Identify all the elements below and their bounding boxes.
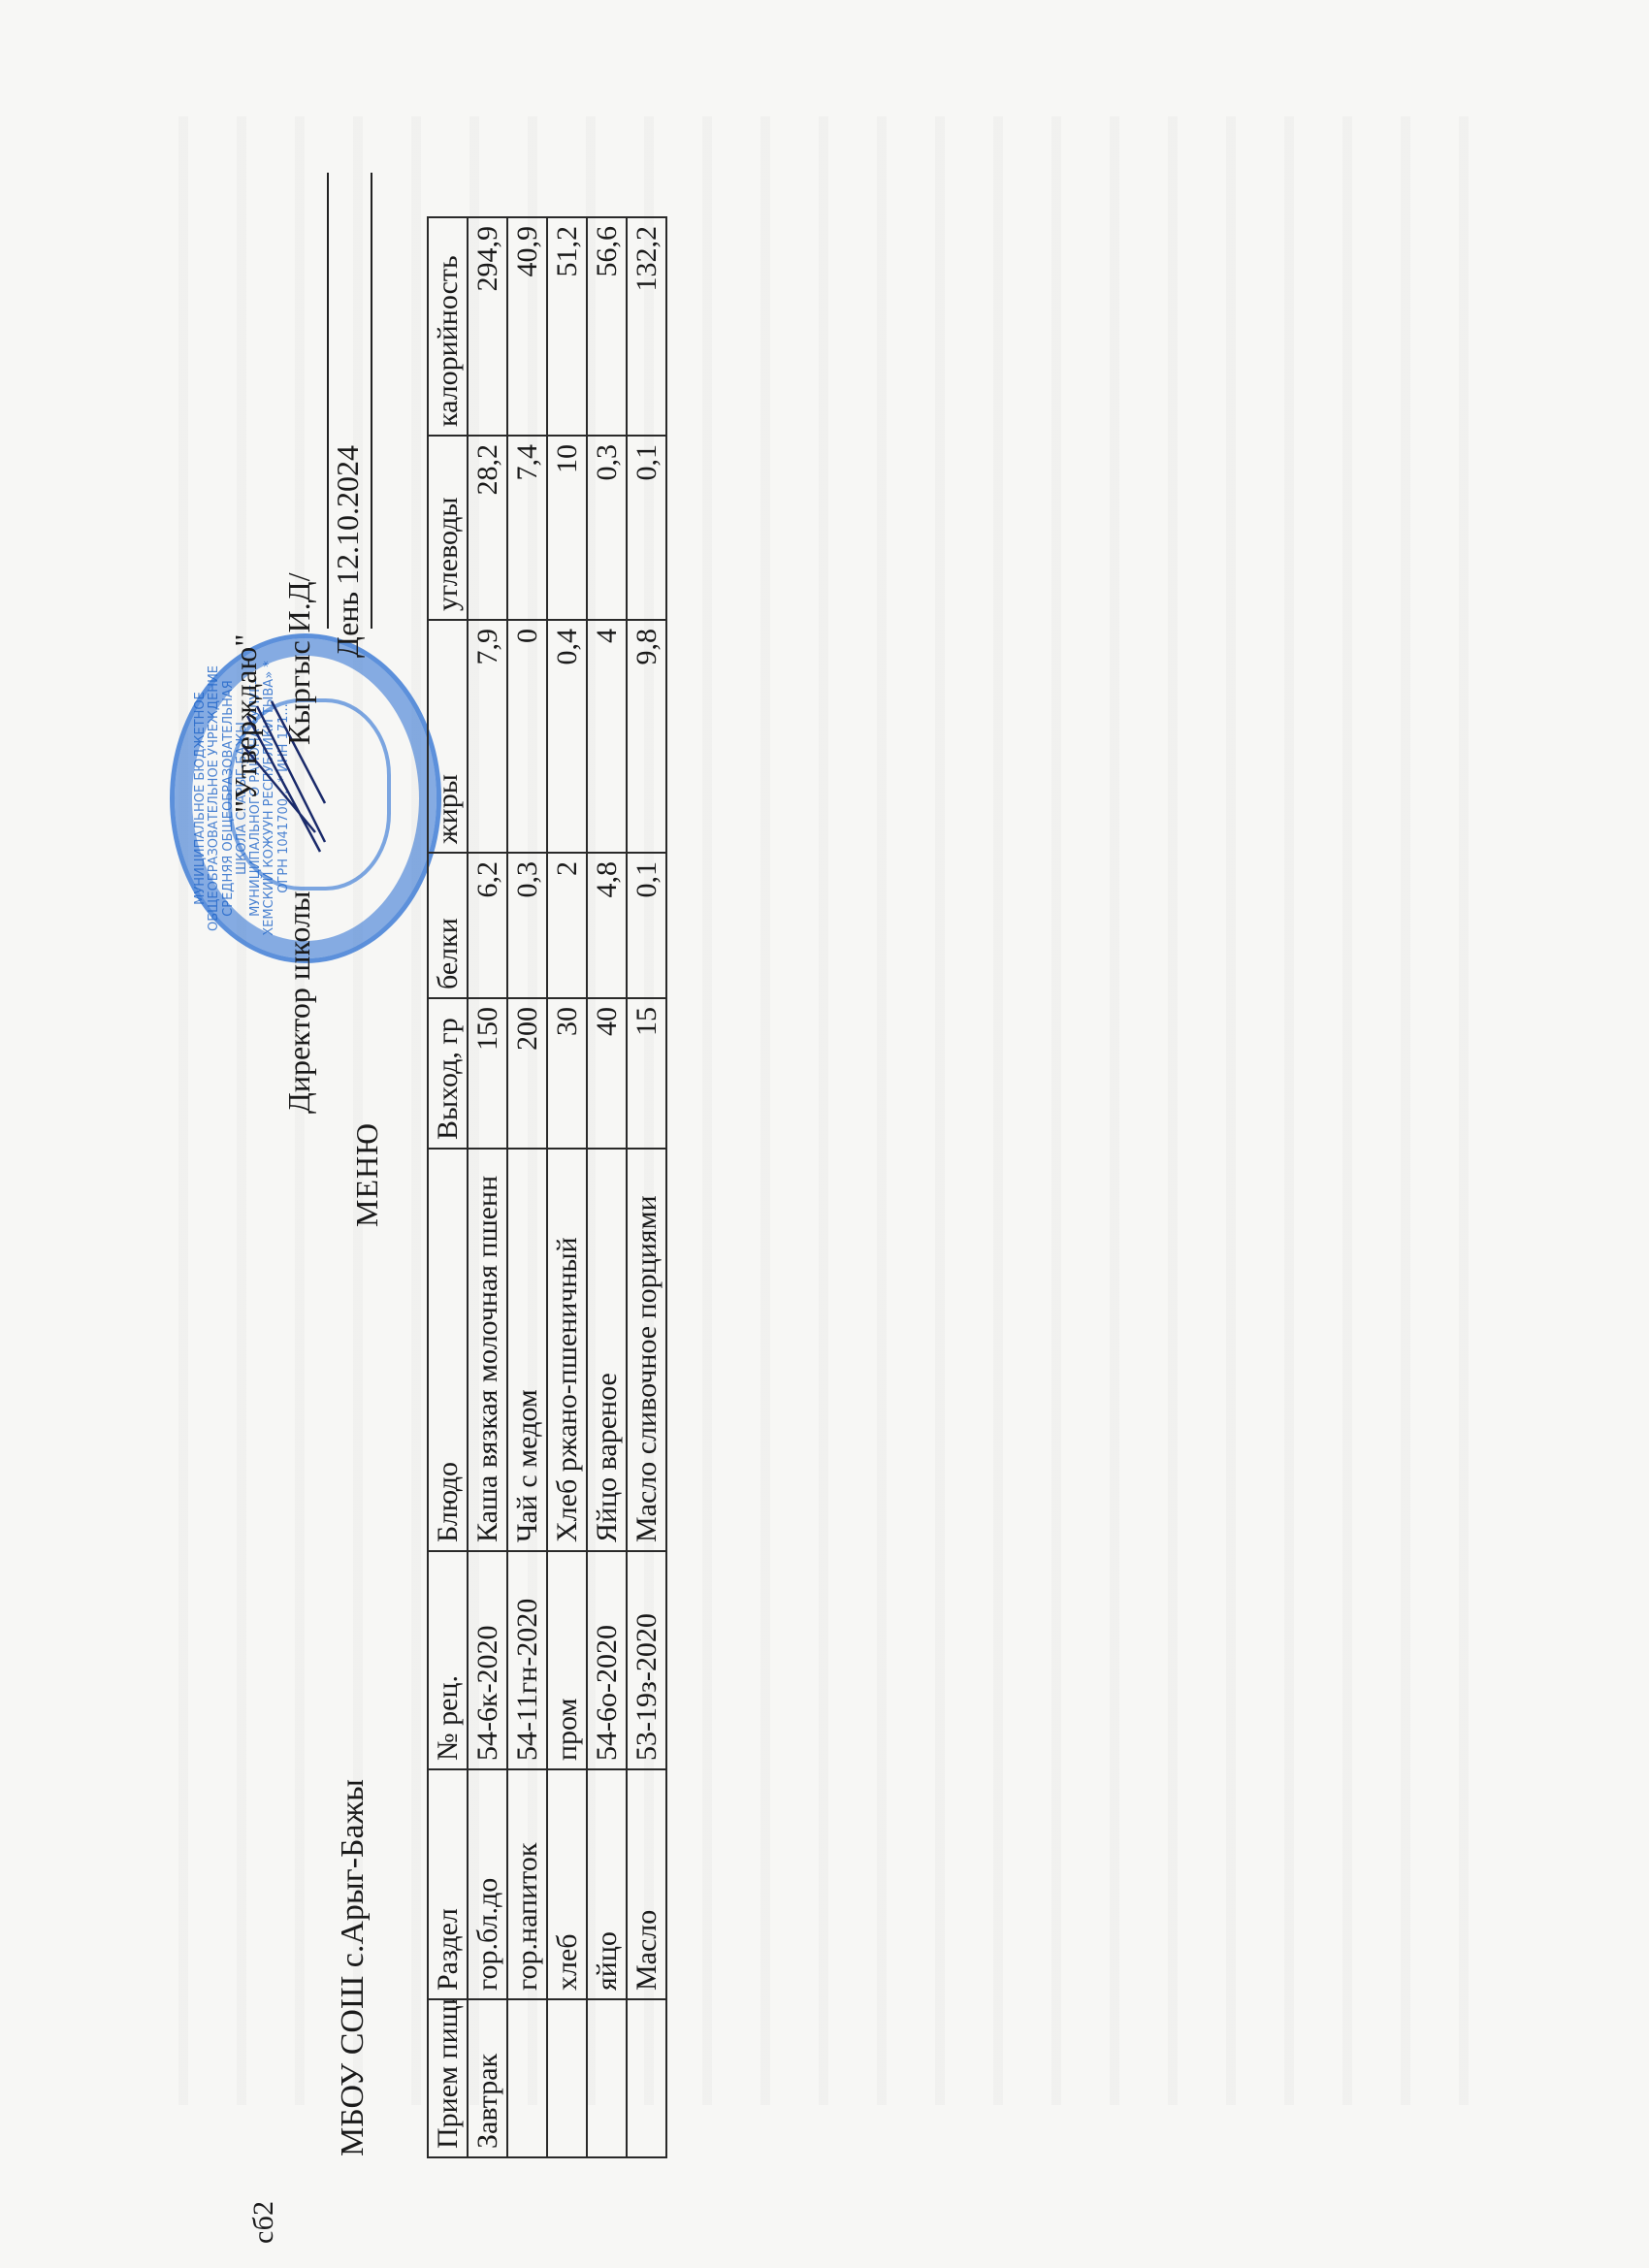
cell-dish: Каша вязкая молочная пшенн xyxy=(468,1149,507,1551)
cell-protein: 2 xyxy=(547,853,587,998)
cell-recipe: 53-19з-2020 xyxy=(627,1551,666,1769)
cell-calories: 40,9 xyxy=(507,217,547,436)
cell-meal xyxy=(627,1999,666,2157)
cell-yield: 30 xyxy=(547,998,587,1149)
cell-calories: 132,2 xyxy=(627,217,666,436)
corner-code: сб2 xyxy=(247,2201,280,2244)
cell-protein: 0,1 xyxy=(627,853,666,998)
cell-section: гор.напиток xyxy=(507,1769,547,1999)
cell-dish: Масло сливочное порциями xyxy=(627,1149,666,1551)
cell-calories: 294,9 xyxy=(468,217,507,436)
header-calories: калорийность xyxy=(428,217,468,436)
table-header-row: Прием пищи Раздел № рец. Блюдо Выход, гр… xyxy=(428,217,468,2157)
cell-carbs: 0,3 xyxy=(587,436,627,620)
cell-meal xyxy=(587,1999,627,2157)
cell-fat: 0,4 xyxy=(547,620,587,853)
header-fat: жиры xyxy=(428,620,468,853)
cell-carbs: 7,4 xyxy=(507,436,547,620)
cell-yield: 200 xyxy=(507,998,547,1149)
cell-dish: Чай с медом xyxy=(507,1149,547,1551)
table-row: гор.напиток54-11гн-2020Чай с медом2000,3… xyxy=(507,217,547,2157)
cell-section: Масло xyxy=(627,1769,666,1999)
cell-calories: 56,6 xyxy=(587,217,627,436)
header-dish: Блюдо xyxy=(428,1149,468,1551)
cell-section: яйцо xyxy=(587,1769,627,1999)
header-section: Раздел xyxy=(428,1769,468,1999)
cell-recipe: 54-11гн-2020 xyxy=(507,1551,547,1769)
table-row: яйцо54-6о-2020Яйцо вареное404,840,356,6 xyxy=(587,217,627,2157)
menu-page: сб2 МБОУ СОШ с.Арыг-Бажы МЕНЮ МУНИЦИПАЛЬ… xyxy=(0,0,1649,2268)
cell-carbs: 0,1 xyxy=(627,436,666,620)
header-yield: Выход, гр xyxy=(428,998,468,1149)
cell-recipe: 54-6о-2020 xyxy=(587,1551,627,1769)
cell-yield: 15 xyxy=(627,998,666,1149)
cell-recipe: пром xyxy=(547,1551,587,1769)
header-recipe: № рец. xyxy=(428,1551,468,1769)
cell-section: гор.бл.до xyxy=(468,1769,507,1999)
cell-yield: 40 xyxy=(587,998,627,1149)
cell-protein: 4,8 xyxy=(587,853,627,998)
cell-dish: Хлеб ржано-пшеничный xyxy=(547,1149,587,1551)
date-value: 12.10.2024 xyxy=(330,445,366,585)
header-protein: белки xyxy=(428,853,468,998)
approval-label: "Утверждаю" xyxy=(228,634,264,813)
header-carbs: углеводы xyxy=(428,436,468,620)
cell-fat: 9,8 xyxy=(627,620,666,853)
cell-calories: 51,2 xyxy=(547,217,587,436)
cell-fat: 4 xyxy=(587,620,627,853)
cell-recipe: 54-6к-2020 xyxy=(468,1551,507,1769)
director-name: Кыргыс И.Д/ xyxy=(281,573,317,746)
director-label: Директор школы xyxy=(281,891,317,1114)
table-row: Завтракгор.бл.до54-6к-2020Каша вязкая мо… xyxy=(468,217,507,2157)
date-label: День xyxy=(330,592,366,658)
date-underline-top xyxy=(327,173,329,629)
cell-fat: 0 xyxy=(507,620,547,853)
cell-fat: 7,9 xyxy=(468,620,507,853)
cell-section: хлеб xyxy=(547,1769,587,1999)
school-name: МБОУ СОШ с.Арыг-Бажы xyxy=(335,1779,372,2156)
cell-meal xyxy=(507,1999,547,2157)
cell-yield: 150 xyxy=(468,998,507,1149)
table-row: Масло53-19з-2020Масло сливочное порциями… xyxy=(627,217,666,2157)
date-underline xyxy=(371,173,372,629)
cell-meal: Завтрак xyxy=(468,1999,507,2157)
table-row: хлебпромХлеб ржано-пшеничный3020,41051,2 xyxy=(547,217,587,2157)
page-title: МЕНЮ xyxy=(349,1122,385,1227)
cell-carbs: 28,2 xyxy=(468,436,507,620)
cell-protein: 6,2 xyxy=(468,853,507,998)
cell-meal xyxy=(547,1999,587,2157)
menu-table: Прием пищи Раздел № рец. Блюдо Выход, гр… xyxy=(427,216,667,2158)
cell-dish: Яйцо вареное xyxy=(587,1149,627,1551)
cell-carbs: 10 xyxy=(547,436,587,620)
header-meal: Прием пищи xyxy=(428,1999,468,2157)
cell-protein: 0,3 xyxy=(507,853,547,998)
